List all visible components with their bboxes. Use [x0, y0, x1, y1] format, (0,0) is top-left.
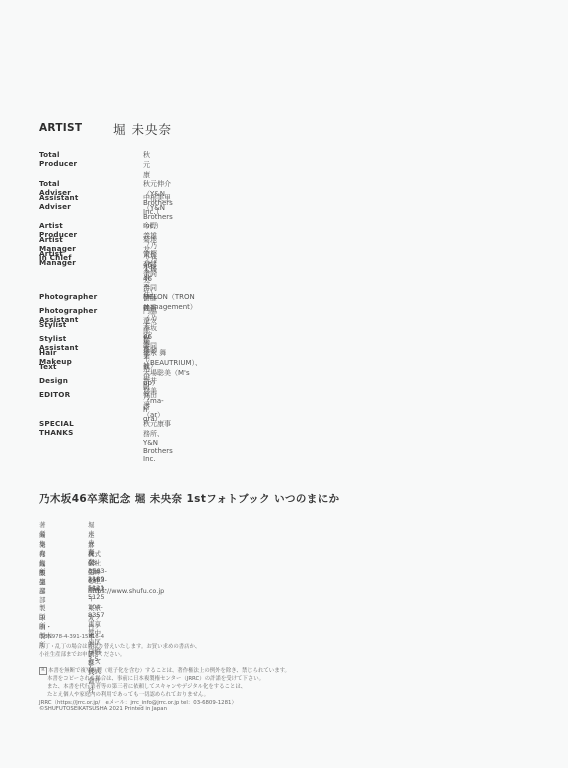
credit-name: 篠田 冴（ar） — [143, 390, 164, 420]
jrrc-contact: JRRC（https://jrrc.or.jp/ eメール：jrrc_info@… — [39, 698, 237, 706]
copyright-notice-line: たとえ個人や家庭内の利用であっても一切認められておりません。 — [47, 690, 209, 698]
credit-role: Assistant Adviser — [39, 193, 79, 211]
imprint-key: 生産部 — [39, 577, 46, 604]
notice-line: 小社生産部までお申し出ください。 — [39, 650, 125, 658]
credit-role: Stylist — [39, 320, 66, 329]
book-title: 乃木坂46卒業記念 堀 未央奈 1stフォトブック いつのまにか — [39, 491, 340, 506]
credit-name: 秋元 康 — [143, 150, 150, 180]
artist-name: 堀 未央奈 — [113, 120, 172, 138]
credit-role: SPECIAL THANKS — [39, 419, 74, 437]
credit-role: Total Producer — [39, 150, 77, 168]
registered-mark-icon: R — [39, 667, 47, 675]
copyright-notice-line: 本書をコピーされる場合は、事前に日本複製権センター（JRRC）の許諾を受けて下さ… — [47, 674, 264, 682]
copyright-notice-line: また、本書を代行業者等の第三者に依頼してスキャンやデジタル化をすることは、 — [47, 682, 246, 690]
isbn: ISBN978-4-391-15616-4 — [39, 634, 104, 640]
copyright-line: ©SHUFUTOSEIKATSUSHA 2021 Printed in Japa… — [39, 706, 167, 712]
artist-label: ARTIST — [39, 122, 82, 134]
credit-role: EDITOR — [39, 390, 70, 399]
credit-role: Photographer — [39, 292, 97, 301]
credit-role: Design — [39, 376, 68, 385]
notice-line: 落丁・乱丁の場合はお取り替えいたします。お買い求めの書店か、 — [39, 642, 200, 650]
imprint-url[interactable]: https://www.shufu.co.jp — [88, 587, 164, 595]
credit-role: Text — [39, 362, 57, 371]
credit-name: 秋元康事務所、Y&N Brothers Inc. — [143, 419, 173, 463]
credit-role: Artist Manager — [39, 249, 76, 267]
